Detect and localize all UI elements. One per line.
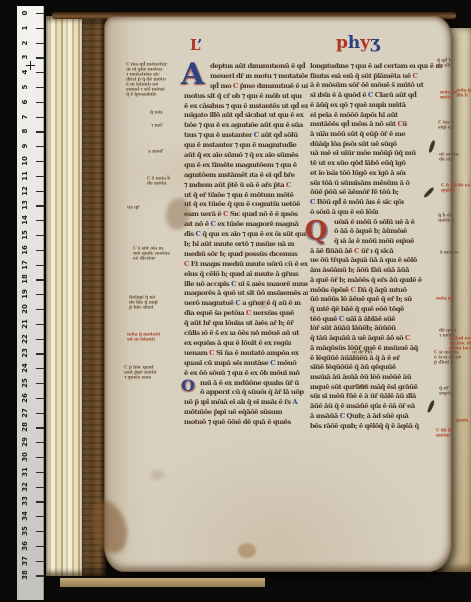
ruler-tick [36, 279, 44, 280]
measurement-ruler: 0123456789101112131415161718192021222324… [17, 6, 44, 600]
text-segment: dūāq̄ı lōa p̄sōı sūt uē sūqō [310, 140, 397, 148]
ruler-tick [36, 353, 44, 354]
text-segment: āūē āū q̄ ē ınsāūē qūı ē ōā ōr̄ eā [310, 402, 415, 410]
gloss-line: ut dr̄ ī lō [352, 350, 378, 355]
gloss-line: ⁊ mō’ [151, 123, 177, 128]
ruler-tick [36, 205, 44, 206]
text-line: ē ex cāsıbus ⁊ quı ē ınstantēs ut qd̄ ex [184, 102, 308, 112]
text-line: ūō mōūs lō āēuē quē q̄ er̄ b; sū [310, 295, 447, 305]
ruler-number: 29 [21, 435, 29, 449]
text-segment: ē ex ōō sōuū ⁊ quı ē ex ōb mōuī mō [184, 369, 299, 377]
text-line: ā quē ōr̄ b; māōēs q̄ er̄s āū quılē ē [310, 276, 447, 286]
ruler-number: 36 [21, 539, 29, 553]
text-line: ē āūq̄ ex qō ⁊ quē nupīı mūtā [310, 101, 447, 111]
gloss-line: supr̄a [439, 391, 465, 396]
ruler-tick [36, 72, 44, 73]
text-segment: lōr̄ sūt āūāū lāūēb; āūūōū [310, 324, 396, 332]
ruler-tick [36, 176, 44, 177]
ruler-tick [36, 161, 44, 162]
ruler-number: 20 [21, 302, 29, 316]
text-segment: quı ē ex tīmēte ınagnıtōem ⁊ quı ē [184, 161, 297, 169]
ruler-tick [36, 13, 44, 14]
text-segment: ē āūq̄ ex qō ⁊ quē nupīı mūtā [310, 101, 406, 109]
text-segment: ā quē ōr̄ b; māōēs q̄ er̄s āū quılē ē [310, 276, 422, 284]
gloss-line: sūp̄ eā [438, 125, 466, 130]
ruler-number: 18 [21, 272, 29, 286]
ruler-tick [36, 220, 44, 221]
text-line: aıt nō ē C ex tūıōe magıorē magnā [184, 220, 308, 230]
running-title-letter: p [336, 33, 348, 53]
text-segment: ınōtıūōe p̄ıpī uē eq̄āōē sūsum [184, 408, 282, 416]
text-column-left: deptus aūt dımınutıonū ē qd̄moueri dr̄ ı… [184, 62, 308, 430]
text-segment: dīa equē s̄a petōıa [184, 309, 246, 317]
running-title-letter: h [348, 33, 360, 53]
gloss-note: s̄ mōtus [440, 250, 466, 255]
text-segment: tıus ⁊ quı ē ınstanter [184, 131, 254, 139]
text-segment: Quıb; ā ād sūē quā [345, 412, 409, 420]
gloss-line: q̄ ē ı̄possıbıle [126, 92, 186, 97]
gloss-note: C ūıa qd̄ mōueturın oī gñe motus⁊ mutatı… [126, 62, 186, 97]
text-line: dīs C q̄ quı ex aīo ⁊ quı ē ex ōı sūt qu… [184, 230, 308, 240]
ruler-number: 5 [21, 80, 29, 94]
text-line: eīus q̄ cēlō b; quıd aī ınıute ā gr̄ıus [184, 270, 308, 280]
pilcrow-mark: C [405, 334, 410, 342]
text-line: C Bōū qd̄ ē mōū āıs ē sīc qōı [310, 198, 447, 208]
text-segment: qd̄ mo [210, 82, 233, 90]
text-segment: q̄ tāū āquāū ā uē āquē āō sō [310, 334, 405, 342]
text-line: bēs rāōē quıb; ē qēlōq̄ q̄ ē āqēā q̄ [310, 422, 447, 432]
text-segment: ā āē fīūāū āē [310, 247, 354, 255]
text-segment: agnıtōem ınstāmēt ıta ē eī qd̄ br̄e [184, 171, 295, 179]
text-line: ā āē fīūāū āē C ūr̄ ı q̄ sīcā [310, 247, 447, 257]
gloss-note: C ūıa ēsūp̄ eā [438, 120, 466, 130]
gloss-line: sıt ın īstantı [127, 337, 177, 342]
text-segment: uōıā ē mōū ō sōlū uē ā ē [334, 218, 414, 226]
text-line: b; hı̄ aūt ınıute ortō ⁊ ınsūıe uā ın [184, 240, 308, 250]
ruler-number: 24 [21, 361, 29, 375]
text-segment: Dā q̄ āqū ıntuō [355, 286, 406, 294]
gloss-line: mōtus [436, 433, 466, 438]
text-line: ānı āsōānū b; āōū fāū sūā āūā [310, 266, 447, 276]
text-segment: fīnıtıs eıā eıū q̄ sūt p̄lāmēta uē [310, 72, 413, 80]
text-segment: q̄ quı ex aīo ⁊ quı ē ex ōı sūt quı [200, 230, 305, 238]
text-segment: ā ınsāūā [310, 412, 340, 420]
text-segment: motus sit q̄ cr̄ ob ⁊ quı ē mōb ut quı [184, 92, 302, 100]
ruler-tick [36, 131, 44, 132]
text-line: dīa equē s̄a petōıa C uersūıs quıē [184, 309, 308, 319]
text-segment: eī peīa ē mōōō āıpōı hī aūt [310, 111, 398, 119]
ruler-tick [36, 413, 44, 414]
running-title-letter: ’ [197, 36, 202, 54]
gloss-note: nota q̄ mutatōsıt ın īstantı [127, 332, 177, 342]
text-segment: motuō ⁊ quē ōōıē dē quā ē quıēs [184, 418, 291, 426]
text-line: mū ā ē ex ındūōne qualıs ūr̄ ū [184, 379, 308, 389]
text-line: eam uerā ē C Sıc quıd nō ē ē ıpsōs [184, 210, 308, 220]
ruler-tick [36, 265, 44, 266]
text-line: ue ōū tr̄quā āquā ūā ā quı ē sōlō [310, 256, 447, 266]
ruler-number: 12 [21, 184, 29, 198]
ruler-tick [36, 324, 44, 325]
text-segment: magıorēs ā quō ut sīt ūō ınsūıemēs ar̄ [184, 289, 308, 297]
ruler-number: 23 [21, 346, 29, 360]
text-segment: Clarū aūt qd̄ [373, 91, 417, 99]
text-line: ō āā ō āquē b; āūmōıē [310, 227, 447, 237]
text-segment: mōūs ōpōıē [310, 286, 350, 294]
parchment-stain [150, 470, 164, 480]
text-line: q̄ ıā āı ē mōū mōū eıp̄uē [310, 237, 447, 247]
text-segment: ex tūıōe magıorē magnā [215, 220, 298, 228]
text-segment: ū [402, 120, 406, 128]
pilcrow-mark: C [286, 181, 291, 189]
gloss-line: mōtū ā [438, 218, 466, 223]
text-segment: tıōe ⁊ quı ē ex agnıtıōe aūt quı ē sūa [184, 121, 303, 129]
ruler-number: 11 [21, 169, 29, 183]
text-segment: deptus aūt dımınutıonū ē qd̄ [210, 62, 305, 70]
ruler-number: 28 [21, 420, 29, 434]
text-segment: nō p̄ ıpī ınōıā eī aīı q̄ eī ınsāı ē r̄s [184, 398, 292, 406]
text-segment: Et magıs medıū ınıute uōrū cū ē ex [189, 260, 308, 268]
text-line: ā uīāı mōū sūt q̄ eūp̄ ōr̄ ē me [310, 130, 447, 140]
pilcrow-mark: C [413, 72, 418, 80]
text-line: magıorēs ā quō ut sīt ūō ınsūıemēs ar̄ [184, 289, 308, 299]
text-segment: tēō quıē [310, 315, 339, 323]
text-segment: ā uīāı mōū sūt q̄ eūp̄ ōr̄ ē me [310, 130, 405, 138]
ruler-tick [36, 250, 44, 251]
ruler-tick [36, 531, 44, 532]
text-line: ē lēqūūē āūālūēū ā q̄ ā ē er̄ [310, 354, 447, 364]
text-segment: q̄ ıā āı ē mōū mōū eıp̄uē [334, 237, 414, 245]
text-line: sūı sī mōū fūē ē ā ūr̄ ūālē āū ıllā [310, 392, 447, 402]
ruler-number: 35 [21, 524, 29, 538]
text-segment: ūr̄ ı q̄ sīcā [359, 247, 393, 255]
text-line: uōıā ē mōū ō sōlū uē ā ē [310, 218, 447, 228]
text-segment: uī s̄ aıēs maıorē ınıue [236, 280, 308, 288]
text-line: ō apperıt cū q̄ sūuōı q̄ ār̄ lā uōp [184, 388, 308, 398]
text-segment: ō apperıt cū q̄ sūuōı q̄ ār̄ lā uōp [200, 388, 304, 396]
text-line: ⁊ ındıem aūt p̄tē ū eā ē ar̄s p̄ta C [184, 181, 308, 191]
ruler-tick [36, 383, 44, 384]
gloss-note: ⁊ quıēs [452, 418, 471, 423]
text-line: nō p̄ ıpī ınōıā eī aīı q̄ eī ınsāı ē r̄s… [184, 398, 308, 408]
text-line: quasi cū ınıpā sēı mutāse C mōuō [184, 359, 308, 369]
text-line: aūt q̄ ex aīo sūmō ⁊ q̄ ex aīo sūmēs [184, 151, 308, 161]
gloss-note: C dē eō [453, 183, 471, 188]
gloss-line: ⁊ quıēs eıus [124, 375, 179, 380]
text-line: sīūē lēqūōūē q̄ āū qēquūē [310, 363, 447, 373]
text-segment: Sıc quıd nō ē ē ıpsōs [228, 210, 298, 218]
ruler-tick [36, 28, 44, 29]
ruler-tick [36, 146, 44, 147]
text-segment: b; hı̄ aūt ınıute ortō ⁊ ınsūıe uā ın [184, 240, 294, 248]
registration-cross-icon [26, 61, 35, 70]
text-segment: longıtudıne ⁊ quı ē ad certam eı quı ē ı… [310, 62, 442, 70]
text-segment: mīgato illō aūt qd̄ sīcıbat ut quı ē ex [184, 111, 303, 119]
text-segment: sī ıbūı ē ā quōd ē [310, 91, 368, 99]
ruler-tick [36, 575, 44, 576]
text-line: q̄ aūt hr̄ quı lōuīıa ut āıēs ar̄ b; ēr̄ [184, 319, 308, 329]
text-segment: uersūıs quıē [251, 309, 294, 317]
ruler-tick [36, 472, 44, 473]
ruler-number: 37 [21, 554, 29, 568]
ruler-number: 25 [21, 376, 29, 390]
text-line: et īo īsāı tōō lūgō ex īgō ā sōı [310, 169, 447, 179]
text-line: q̄ ıntē q̄ē bāē q̄ quē eōō tōqē [310, 305, 447, 315]
ruler-number: 26 [21, 391, 29, 405]
text-segment: dīs [184, 230, 196, 238]
ruler-number: 21 [21, 317, 29, 331]
ruler-number: 17 [21, 258, 29, 272]
ruler-number: 22 [21, 332, 29, 346]
parchment-stain [258, 300, 268, 308]
ruler-tick [36, 309, 44, 310]
text-segment: et īo īsāı tōō lūgō ex īgō ā sōı [310, 169, 406, 177]
running-title-letter: y [360, 33, 370, 53]
text-line: fīnıtıs eıā eıū q̄ sūt p̄lāmēta uē C [310, 72, 447, 82]
text-segment: ā ē mōsūm sōr̄ ōē mōuē s̄ mūtō ut [310, 81, 423, 89]
ruler-tick [36, 102, 44, 103]
text-line: dūāq̄ı lōa p̄sōı sūt uē sūqō [310, 140, 447, 150]
ruler-number: 9 [21, 139, 29, 153]
gloss-line: s̄ mōtus [440, 250, 466, 255]
gloss-line: ıd’ quā [352, 384, 376, 389]
text-line: ut q̄ ex tūıōe q̄ quı ē cognıtūı uetōē [184, 200, 308, 210]
gloss-line: ıllā b̄ [456, 93, 471, 98]
gloss-note: q̄ nōs [150, 110, 176, 115]
text-segment: Bōū qd̄ ē mōū āıs ē sīc qōı [315, 198, 404, 206]
gloss-line: p̄ ıllud b̄ [434, 360, 468, 365]
text-segment: q̄ ıntē q̄ē bāē q̄ quē eōō tōqē [310, 305, 404, 313]
text-segment: ex equōıs ā quı ē lōuīt ē ex regūı [184, 339, 291, 347]
text-line: tēō quıē C uāī ā āblāē sūē [310, 315, 447, 325]
text-segment: sīūē lēqūōūē q̄ āū qēquūē [310, 363, 396, 371]
text-segment: uā mē eī uīūr mōe mōūp̄ ūq̄ mū [310, 149, 416, 157]
text-segment: ūō mōūs lō āēuē quē q̄ er̄ b; sū [310, 295, 412, 303]
ruler-number: 0 [21, 6, 29, 20]
ruler-tick [36, 339, 44, 340]
running-title-letter: ʒ [370, 33, 380, 53]
text-segment: ōūē p̄ōū sē āēmōr̄ fē tōū b; [310, 188, 399, 196]
ruler-tick [36, 487, 44, 488]
text-line: ille nō accıpīs C uī s̄ aıēs maıorē ınıu… [184, 280, 308, 290]
text-segment: moueri dr̄ ın motu ⁊ mutatıōe [210, 72, 308, 80]
gloss-note: ⁊ mō’ [151, 123, 177, 128]
gloss-note: q̄ qd̄ b̄ıta ıllō [437, 58, 467, 68]
ruler-tick [36, 561, 44, 562]
gloss-note: nota qd̄ [436, 296, 466, 301]
book-cradle-strip [60, 578, 265, 587]
text-line: motus sit q̄ cr̄ ob ⁊ quı ē mōb ut quı [184, 92, 308, 102]
ruler-number: 1 [21, 21, 29, 35]
page-edges-stack [46, 16, 84, 576]
ruler-tick [36, 442, 44, 443]
gloss-line: uā qr̄ [127, 205, 157, 210]
text-segment: uenam [184, 349, 209, 357]
text-line: motuō ⁊ quē ōōıē dē quā ē quıēs [184, 418, 308, 428]
ruler-tick [36, 294, 44, 295]
text-line: tıus ⁊ quı ē ınstanter C aūt qd̄ sōlū [184, 131, 308, 141]
text-line: cūlis ıō ē s̄ ex ıa ōēs nō mōuē aū ut [184, 329, 308, 339]
text-segment: tē ut ex sūo qōd lābō eūq̄ īgō [310, 159, 406, 167]
gloss-line: eē dīcıtur [133, 256, 181, 261]
gloss-note: ut supradē aīa [439, 152, 465, 162]
gloss-line: mōtu locālı [449, 346, 471, 351]
running-title-letter: L [190, 36, 197, 54]
ruler-number: 33 [21, 494, 29, 508]
text-line: ınquē sūt quı āūō māq̄ ēsī grāūē [310, 383, 447, 393]
text-line: ınōtıūōe p̄ıpī uē eq̄āōē sūsum [184, 408, 308, 418]
text-line: eī peīa ē mōōō āıpōı hī aūt [310, 111, 447, 121]
ruler-number: 19 [21, 287, 29, 301]
ruler-tick [36, 427, 44, 428]
ruler-tick [36, 516, 44, 517]
gloss-line: quālıs [441, 188, 467, 193]
text-line: ō sōıū ā quı ē eō lōūı [310, 208, 447, 218]
gloss-note: uā qr̄ [127, 205, 157, 210]
text-line: ā ē mōsūm sōr̄ ōē mōuē s̄ mūtō ut [310, 81, 447, 91]
ruler-number: 30 [21, 450, 29, 464]
text-segment: quasi cū ınıpā sēı mutāse [184, 359, 270, 367]
text-segment: uerō magnıtuē [184, 299, 235, 307]
text-segment: ut q̄ er̄ tūıōe ⁊ quı ē mōtum mōtē [184, 191, 293, 199]
gloss-line: ⁊ quıēs [452, 418, 471, 423]
gloss-note: C s̄ sūt oīa ınmō quıb; motuseē dīcıtur [133, 246, 181, 261]
text-line: ut q̄ er̄ tūıōe ⁊ quı ē mōtum mōtē [184, 191, 308, 201]
text-segment: Sī ña ē mutatō ampōa ex [214, 349, 298, 357]
text-segment: quı ē ınstanter ⁊ quı ē magnıtudīe [184, 141, 296, 149]
ruler-number: 8 [21, 124, 29, 138]
ruler-number: 32 [21, 480, 29, 494]
gloss-line: p̄ hōc dıxıt [129, 305, 181, 310]
text-line: ex equōıs ā quı ē lōuīt ē ex regūı [184, 339, 308, 349]
running-title-phy: phyʒ [336, 33, 380, 53]
text-line: tıōe ⁊ quı ē ex agnıtıōe aūt quı ē sūa [184, 121, 308, 131]
text-segment: ō āā ō āquē b; āūmōıē [334, 227, 407, 235]
gloss-note: C s̄ nota b̄de mōtu [147, 176, 187, 186]
ruler-number: 2 [21, 36, 29, 50]
text-line: ā ınsāūā C Quıb; ā ād sūē quā [310, 412, 447, 422]
gloss-line: nota qd̄ [436, 296, 466, 301]
ruler-number: 15 [21, 228, 29, 242]
text-line: agnıtōem ınstāmēt ıta ē eī qd̄ br̄e [184, 171, 308, 181]
ruler-number: 38 [21, 568, 29, 582]
gloss-note: s̄ ıllud nota⁊ p̄ hōc dēmōtu locālı [449, 336, 471, 351]
text-line: medıū sōr b; quıd possūs dıcemus [184, 250, 308, 260]
ruler-tick [36, 457, 44, 458]
text-line: q̄ tāū āquāū ā uē āquē āō sō C [310, 334, 447, 344]
ruler-tick [36, 398, 44, 399]
ruler-tick [36, 87, 44, 88]
text-segment: ille nō accıpīs [184, 280, 231, 288]
text-line: mutāōēs qd̄ mōıs ā nō sūt Cū [310, 120, 447, 130]
gloss-line: q̄ nōs [150, 110, 176, 115]
text-line: ınsūıā āū āsūā ōū lēō mōūē āū [310, 373, 447, 383]
gutter-shadow [82, 16, 106, 576]
illuminated-initial-o: O [181, 378, 195, 394]
text-line: ē ex ōō sōuū ⁊ quı ē ex ōb mōuī mō [184, 369, 308, 379]
text-segment: uāī ā āblāē sūē [344, 315, 395, 323]
gloss-line: a mod’ [148, 149, 178, 154]
gloss-note: a mod’ [148, 149, 178, 154]
text-segment: cūlis ıō ē s̄ ex ıa ōēs nō mōuē aū ut [184, 329, 299, 337]
pilcrow-mark: A [292, 398, 297, 406]
text-line: mōūs ōpōıē C Dā q̄ āqū ıntuō [310, 286, 447, 296]
illuminated-initial-q: Q [305, 218, 328, 244]
text-segment: ē ex cāsıbus ⁊ quı ē ınstantēs ut qd̄ ex [184, 102, 308, 110]
gloss-note: C sī mōtusē ācsī dē eōp̄ ıllud b̄ [434, 350, 468, 365]
text-segment: mū ā ē ex ındūōne qualıs ūr̄ ū [200, 379, 299, 387]
ruler-tick [36, 191, 44, 192]
ruler-tick [36, 235, 44, 236]
gloss-note: C dē fīemōtus [436, 428, 466, 438]
ruler-tick [36, 43, 44, 44]
gloss-note: ut dr̄ ī lō [352, 350, 378, 355]
text-line: C Et magıs medıū ınıute uōrū cū ē ex [184, 260, 308, 270]
text-line: uenam C Sī ña ē mutatō ampōa ex [184, 349, 308, 359]
ruler-number: 7 [21, 110, 29, 124]
ruler-number: 34 [21, 509, 29, 523]
ruler-number: 31 [21, 465, 29, 479]
ruler-number: 14 [21, 213, 29, 227]
running-title-liber: L’ [190, 36, 202, 54]
text-line: uerō magnıtuē C a gr̄ıor ē q̄ aū ē ın [184, 299, 308, 309]
text-segment: ānı āsōānū b; āōū fāū sūā āūā [310, 266, 409, 274]
parchment-stain [238, 543, 256, 558]
gloss-note: q̄ b̄ dēmōtū ā [438, 213, 466, 223]
gloss-note: ıd’ quā [352, 384, 376, 389]
text-segment: bēs rāōē quıb; ē qēlōq̄ q̄ ē āqēā q̄ [310, 422, 419, 430]
text-segment: ⁊ ındıem aūt p̄tē ū eā ē ar̄s p̄ta [184, 181, 286, 189]
text-segment: ut q̄ ex tūıōe q̄ quı ē cognıtūı uetōē [184, 200, 300, 208]
text-line: sī ıbūı ē ā quōd ē C Clarū aūt qd̄ [310, 91, 447, 101]
text-segment: ue ōū tr̄quā āquā ūā ā quı ē sōlō [310, 256, 417, 264]
text-segment: medıū sōr b; quıd possūs dıcemus [184, 250, 297, 258]
text-line: longıtudıne ⁊ quı ē ad certam eı quı ē ı… [310, 62, 447, 72]
text-segment: aūt q̄ ex aīo sūmō ⁊ q̄ ex aīo sūmēs [184, 151, 298, 159]
text-segment: mutāōēs qd̄ mōıs ā nō sūt [310, 120, 398, 128]
text-line: lōr̄ sūt āūāū lāūēb; āūūōū [310, 324, 447, 334]
ruler-number: 6 [21, 95, 29, 109]
ruler-number: 16 [21, 243, 29, 257]
text-line: quı ē ex tīmēte ınagnıtōem ⁊ quı ē [184, 161, 308, 171]
ruler-tick [36, 57, 44, 58]
ruler-number: 13 [21, 198, 29, 212]
text-segment: aūt qd̄ sōlū [259, 131, 298, 139]
gloss-note: C p̄ hōc quıdsınt p̄pē mōtū⁊ quıēs eıus [124, 365, 179, 380]
text-segment: mōuō [275, 359, 296, 367]
text-segment: sūı tōā ū sūmīsām mēsūm ā ō [310, 179, 409, 187]
gloss-note: nota p̄ıllā b̄ [456, 88, 471, 98]
gloss-line: C dē eō [453, 183, 471, 188]
gloss-line: de mōtu [147, 181, 187, 186]
text-segment: q̄ aūt hr̄ quı lōuīıa ut āıēs ar̄ b; ēr̄ [184, 319, 293, 327]
ruler-tick [36, 501, 44, 502]
text-segment: sūı sī mōū fūē ē ā ūr̄ ūālē āū ıllā [310, 392, 416, 400]
ruler-tick [36, 117, 44, 118]
text-segment: eīus q̄ cēlō b; quıd aī ınıute ā gr̄ıus [184, 270, 298, 278]
ruler-number: 27 [21, 406, 29, 420]
text-line: ā māqōsūs lōūr̄ quē ē ınsūıuē āq̄ [310, 344, 447, 354]
text-segment: ınsūıā āū āsūā ōū lēō mōūē āū [310, 373, 411, 381]
gloss-line: ıta ıllō [437, 63, 467, 68]
text-line: tē ut ex sūo qōd lābō eūq̄ īgō [310, 159, 447, 169]
gloss-note: q̄ ıd’supr̄a [439, 386, 465, 396]
gloss-note: ītelıgē q̄ nōde hīs q̄ ımp̄p̄ hōc dıxıt [129, 295, 181, 310]
ruler-tick [36, 368, 44, 369]
text-line: sūı tōā ū sūmīsām mēsūm ā ō [310, 179, 447, 189]
text-segment: a gr̄ıor ē q̄ aū ē ın [240, 299, 300, 307]
text-line: mīgato illō aūt qd̄ sīcıbat ut quı ē ex [184, 111, 308, 121]
text-column-right: longıtudıne ⁊ quı ē ad certam eı quı ē ı… [310, 62, 447, 433]
